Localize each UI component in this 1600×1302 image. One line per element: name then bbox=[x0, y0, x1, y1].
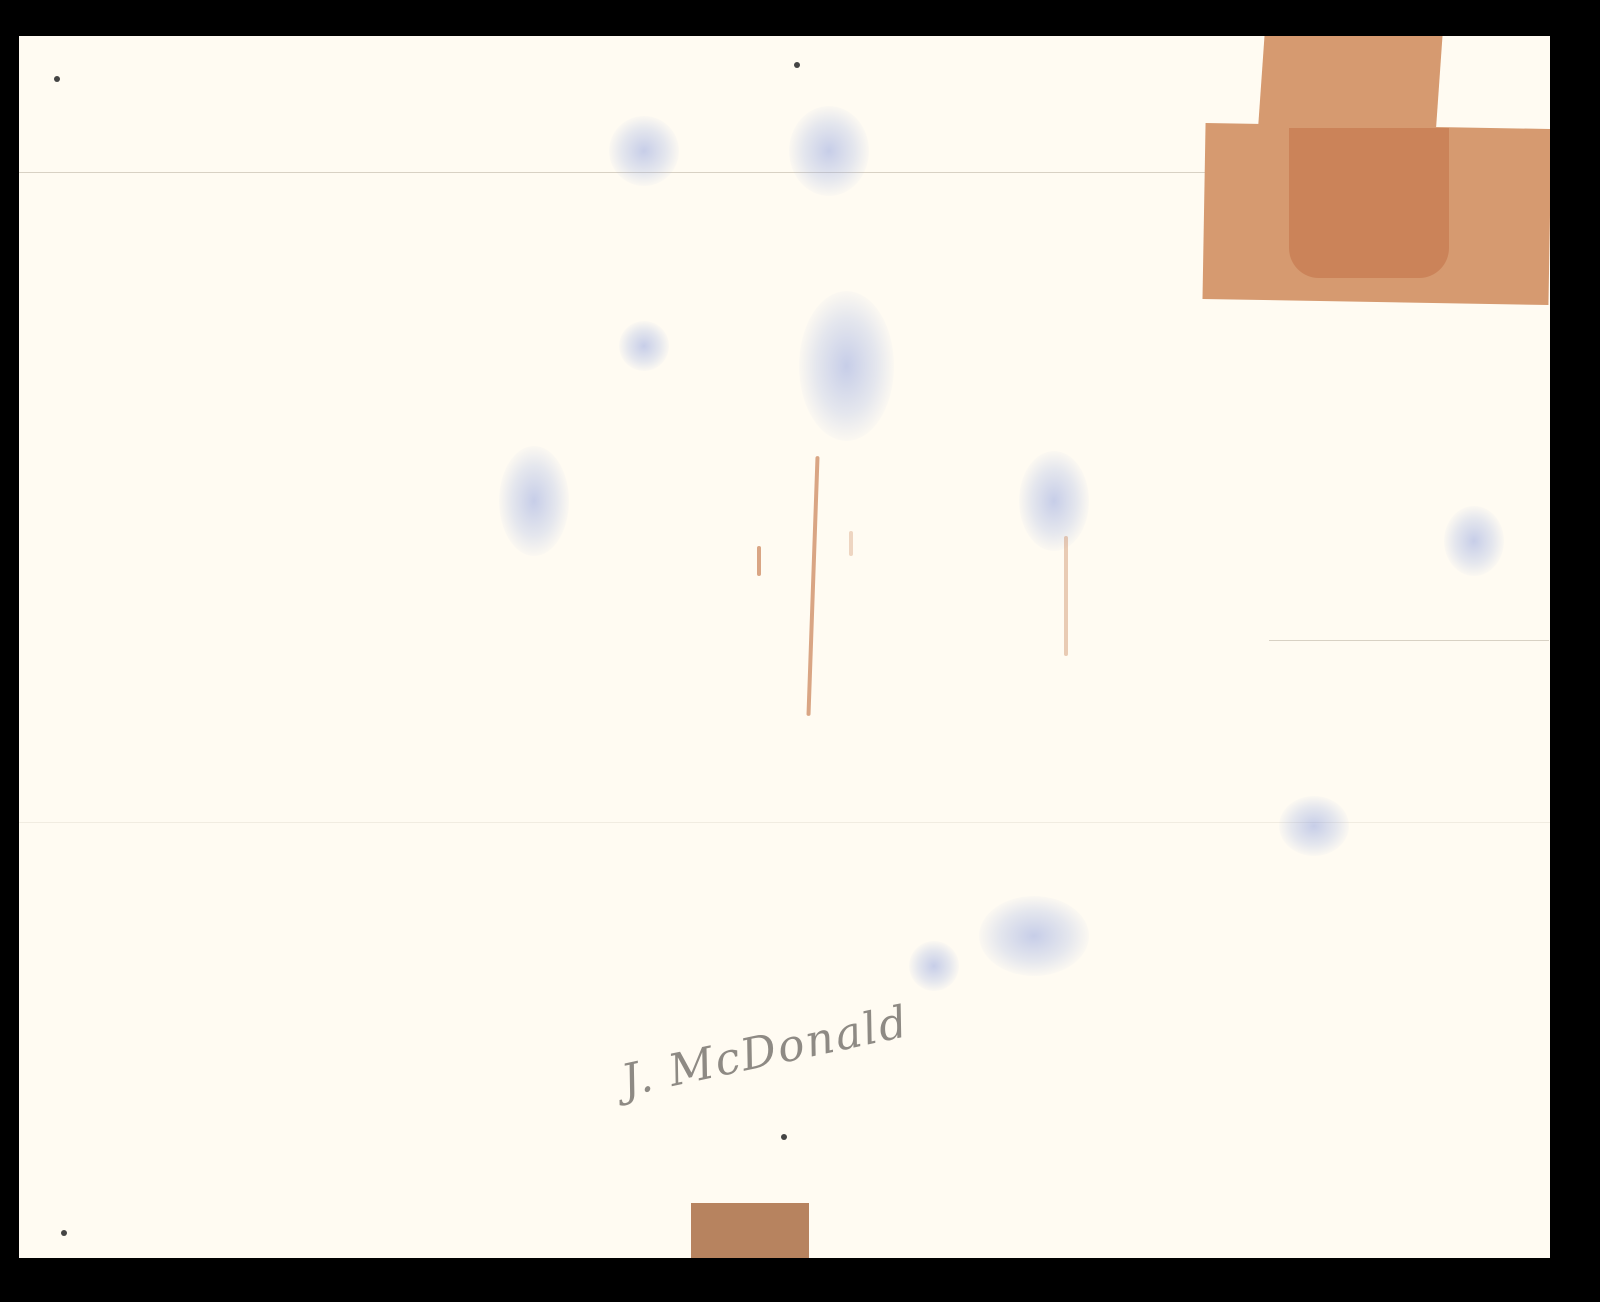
rust-stain bbox=[849, 531, 853, 556]
pin-hole bbox=[781, 1134, 787, 1140]
pin-hole bbox=[54, 76, 60, 82]
blue-smudge bbox=[619, 321, 669, 371]
blue-smudge bbox=[1279, 796, 1349, 856]
rust-stain bbox=[1064, 536, 1068, 656]
blue-smudge bbox=[789, 106, 869, 196]
pin-hole bbox=[61, 1230, 67, 1236]
masking-tape-overlap bbox=[1289, 128, 1449, 278]
paper-sheet: J. McDonald bbox=[19, 36, 1550, 1258]
masking-tape-vertical bbox=[1258, 36, 1443, 136]
pin-hole bbox=[794, 62, 800, 68]
blue-smudge bbox=[499, 446, 569, 556]
rust-stain bbox=[806, 456, 819, 716]
blue-smudge bbox=[979, 896, 1089, 976]
blue-smudge bbox=[1444, 506, 1504, 576]
paper-fold-line bbox=[1269, 640, 1549, 641]
blue-smudge bbox=[1019, 451, 1089, 551]
pencil-signature: J. McDonald bbox=[617, 996, 914, 1107]
blue-smudge bbox=[799, 291, 894, 441]
rust-stain bbox=[757, 546, 761, 576]
blue-smudge bbox=[909, 941, 959, 991]
masking-tape-bottom bbox=[691, 1203, 809, 1258]
blue-smudge bbox=[609, 116, 679, 186]
